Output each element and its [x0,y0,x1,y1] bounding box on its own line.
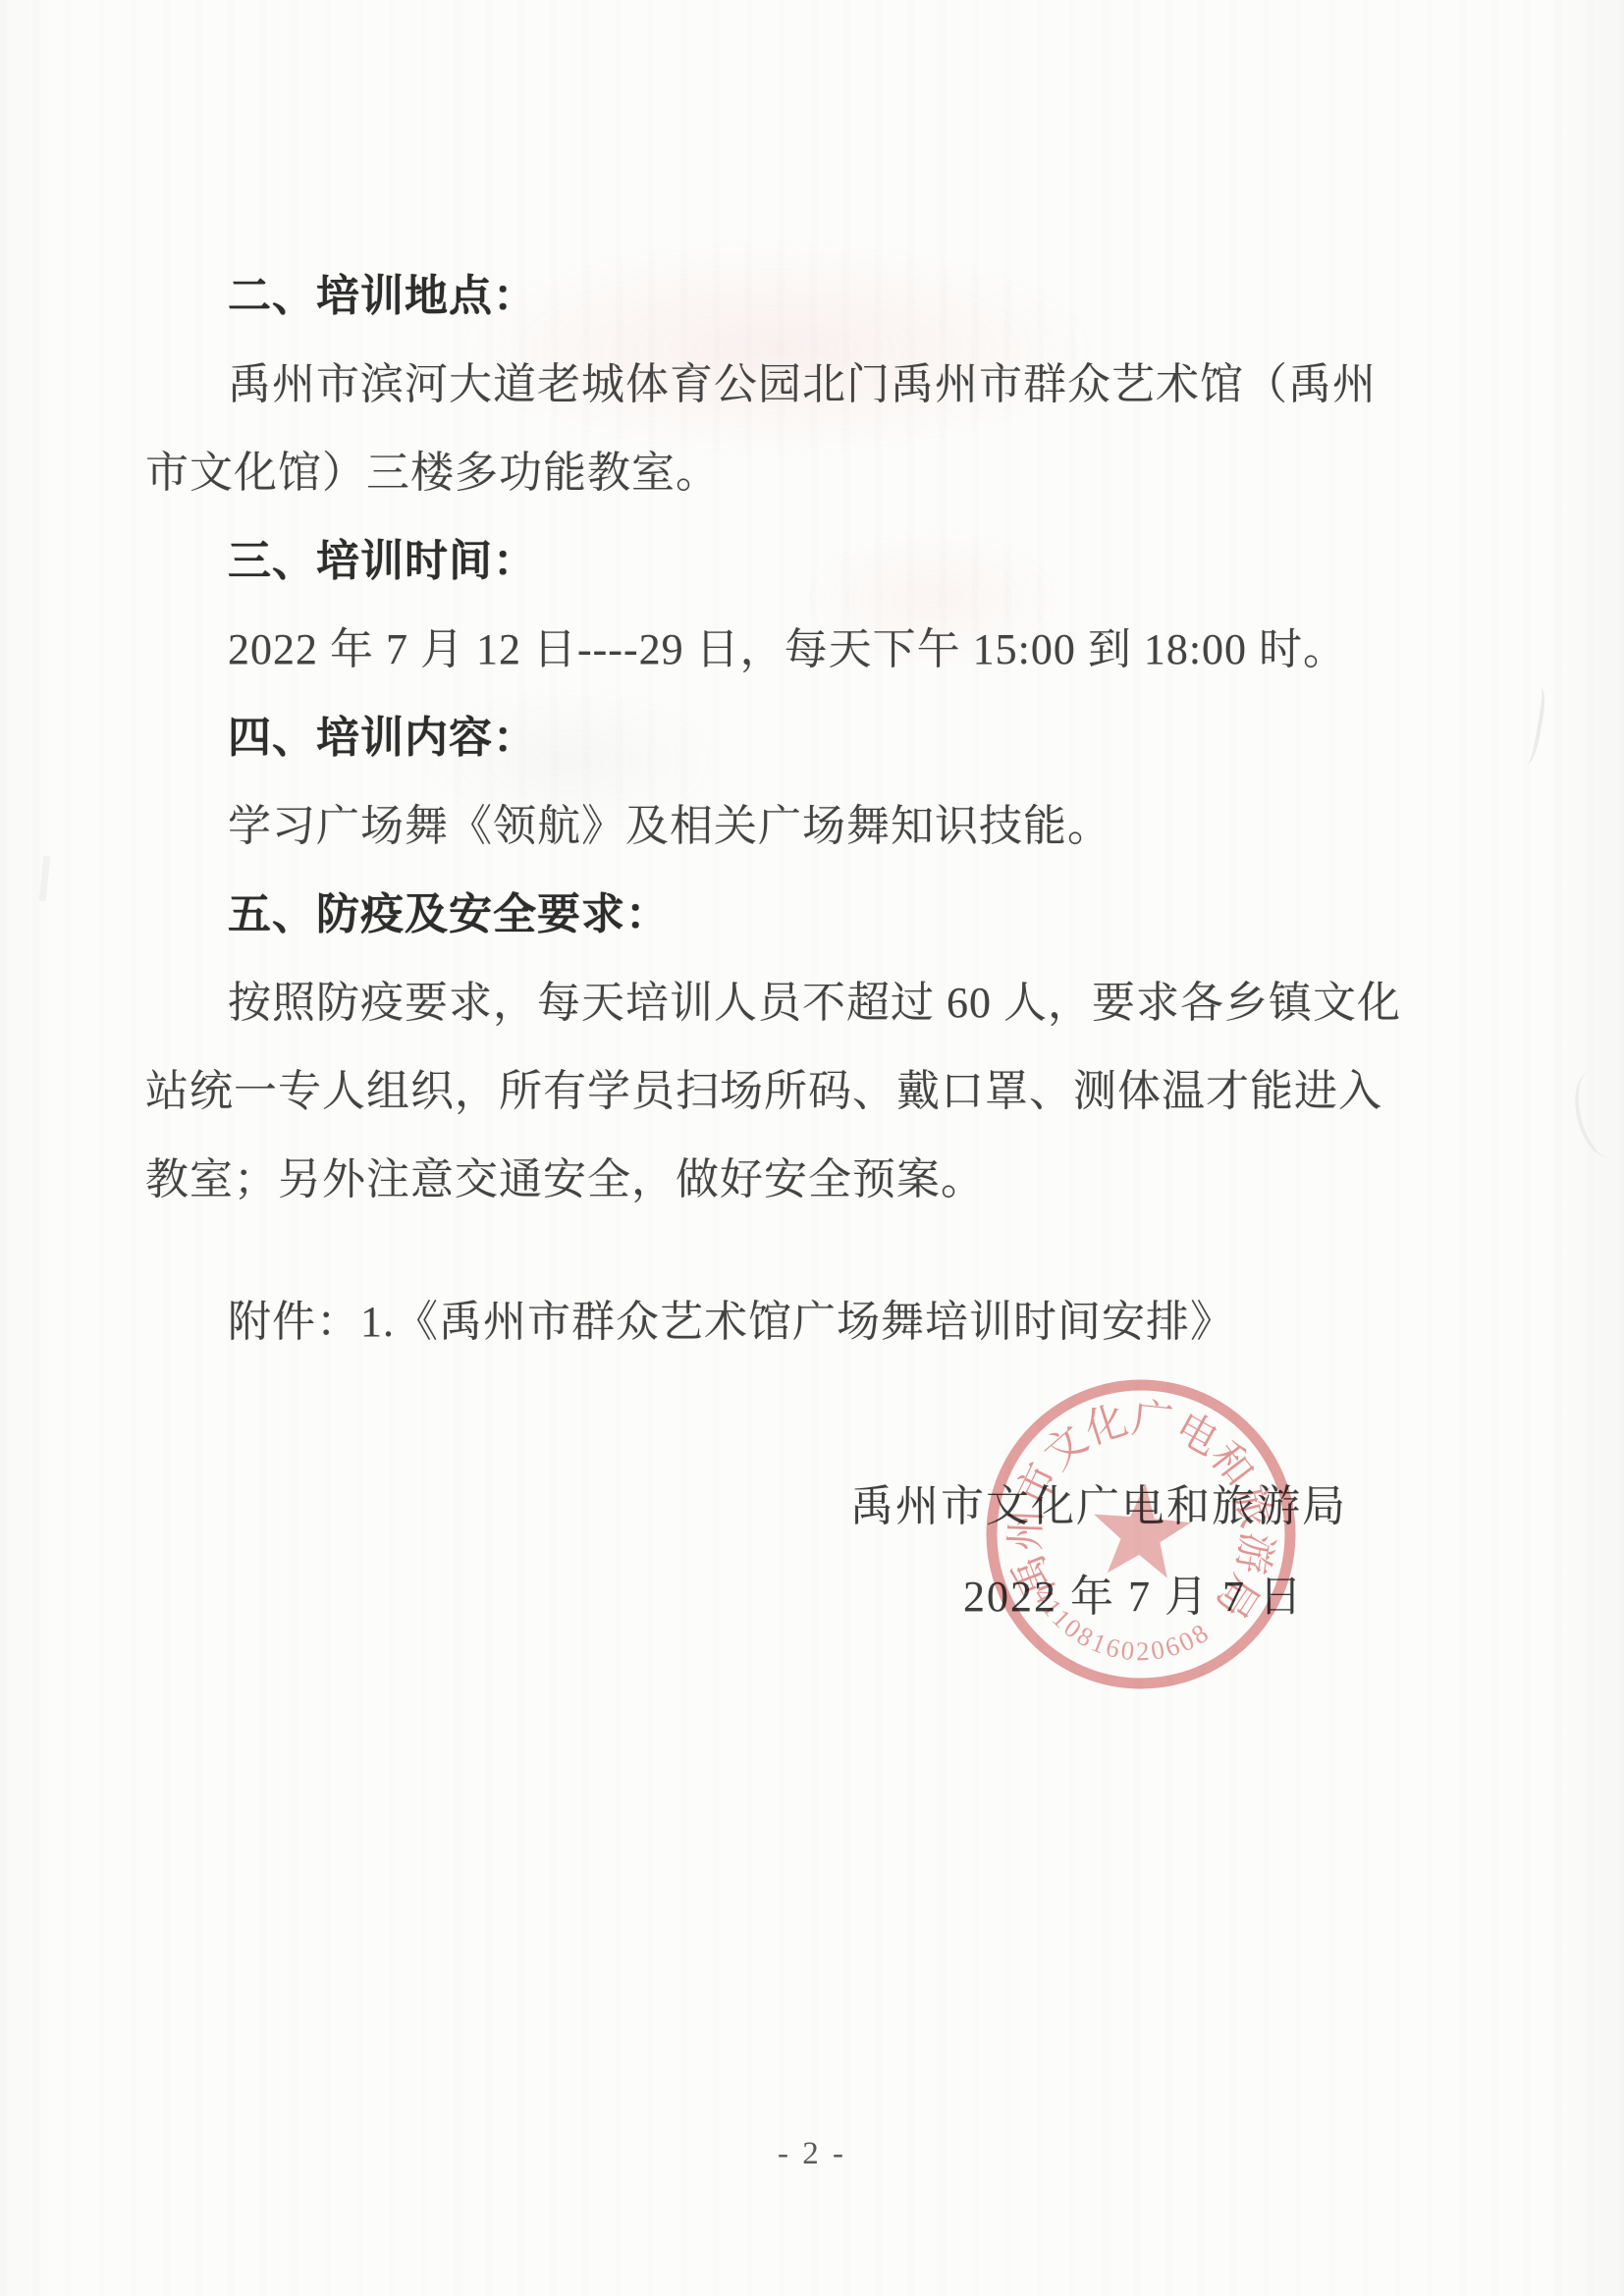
seal-star [1089,1479,1194,1579]
section-heading-training-content: 四、培训内容： [145,694,1500,782]
scanned-document-page: 二、培训地点： 禹州市滨河大道老城体育公园北门禹州市群众艺术馆（禹州 市文化馆）… [0,0,1624,2296]
scan-artifact [39,856,51,901]
paragraph-line: 禹州市滨河大道老城体育公园北门禹州市群众艺术馆（禹州 [145,341,1500,429]
scan-artifact [1567,1066,1624,1163]
paragraph-line: 按照防疫要求，每天培训人员不超过 60 人，要求各乡镇文化 [145,959,1500,1047]
paragraph-line: 站统一专人组织，所有学员扫场所码、戴口罩、测体温才能进入 [145,1047,1500,1136]
attachment-line: 附件：1.《禹州市群众艺术馆广场舞培训时间安排》 [145,1278,1234,1366]
paragraph-line: 市文化馆）三楼多功能教室。 [145,429,1500,517]
official-seal: 禹州市文化广电和旅游局 4110816020608 [965,1359,1317,1710]
section-heading-training-time: 三、培训时间： [145,517,1500,606]
document-body: 二、培训地点： 禹州市滨河大道老城体育公园北门禹州市群众艺术馆（禹州 市文化馆）… [145,252,1500,1224]
section-heading-safety-requirements: 五、防疫及安全要求： [145,871,1500,959]
paragraph-line: 学习广场舞《领航》及相关广场舞知识技能。 [145,782,1500,871]
paragraph-line: 教室；另外注意交通安全，做好安全预案。 [145,1136,1500,1224]
section-heading-training-location: 二、培训地点： [145,252,1500,341]
page-number: - 2 - [0,2136,1624,2172]
paragraph-line: 2022 年 7 月 12 日----29 日，每天下午 15:00 到 18:… [145,606,1500,694]
scan-artifact [1517,686,1547,765]
